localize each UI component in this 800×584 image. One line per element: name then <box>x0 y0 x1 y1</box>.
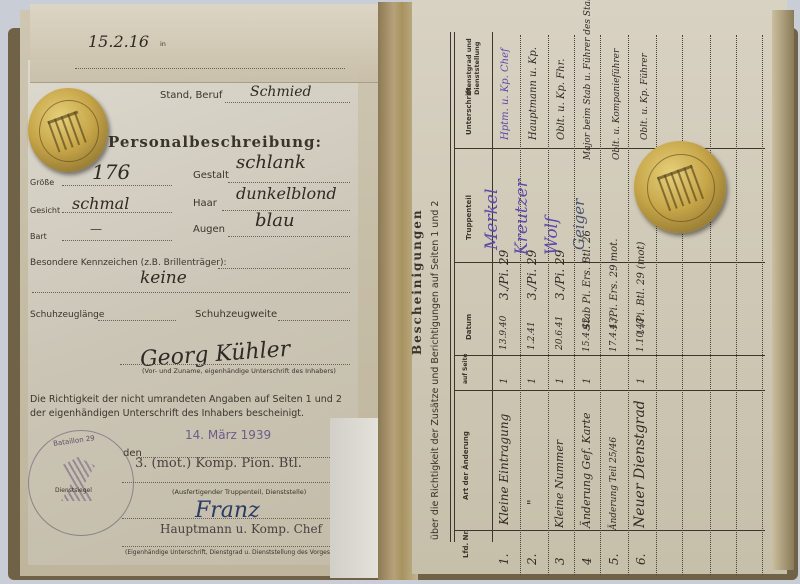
section-title-personalbeschreibung: Personalbeschreibung: <box>108 133 322 151</box>
stand-beruf-label: Stand, Beruf <box>160 90 222 101</box>
row-nr: 5. <box>607 554 621 565</box>
row-line <box>710 35 711 575</box>
row-line <box>520 35 521 575</box>
right-page-title: Bescheinigungen <box>410 208 424 355</box>
field-value-groesse: 176 <box>92 160 130 184</box>
right-page-subtitle: über die Richtigkeit der Zusätze und Ber… <box>430 201 441 540</box>
field-value-gesicht: schmal <box>72 194 129 213</box>
unit-caption: (Ausfertigender Truppenteil, Dienststell… <box>172 488 306 496</box>
special-marks-line-2 <box>32 292 350 293</box>
col-header-art: Art der Änderung <box>462 431 470 500</box>
row-dienstgrad: Hauptmann u. Kp. <box>528 47 539 140</box>
row-nr: 6. <box>634 554 648 565</box>
row-art: Kleine Eintragung <box>497 414 511 525</box>
row-line <box>574 35 575 575</box>
table-border <box>450 32 451 542</box>
row-seite: 1 <box>499 378 510 384</box>
field-line <box>62 240 172 241</box>
eagle-emblem-icon <box>61 457 95 501</box>
left-coin <box>28 88 108 172</box>
row-line <box>656 35 657 575</box>
row-art: Neuer Dienstgrad <box>632 400 648 528</box>
field-label-augen: Augen <box>193 224 225 235</box>
unit-line <box>122 482 338 483</box>
row-line <box>548 35 549 575</box>
row-seite: 1 <box>555 378 566 384</box>
field-label-bart: Bart <box>30 232 47 241</box>
shoe-width-label: Schuhzeugweite <box>195 309 277 320</box>
official-seal: Dienstsiegel Bataillon 29 <box>28 430 134 536</box>
special-marks-label: Besondere Kennzeichen (z.B. Brillenträge… <box>30 258 227 268</box>
row-unterschrift: Kreutzer <box>512 179 532 255</box>
field-line <box>62 185 172 186</box>
unit-stamp: 3. (mot.) Komp. Pion. Btl. <box>135 456 302 471</box>
date-stamp: 14. März 1939 <box>185 428 271 442</box>
shoe-length-label: Schuhzeuglänge <box>30 310 104 320</box>
row-truppenteil: 3./Pi. 29 <box>497 250 511 300</box>
officer-stamp-line <box>122 546 338 547</box>
row-nr: 4 <box>580 557 594 565</box>
holder-signature-line <box>120 364 350 365</box>
row-datum: 13.9.40 <box>499 316 509 350</box>
row-seite: 1 <box>527 378 538 384</box>
officer-signature-line <box>122 518 338 519</box>
row-art: Änderung Teil 25/46 <box>609 437 619 530</box>
column-divider <box>455 530 765 531</box>
officer-signature: Franz <box>195 498 260 523</box>
special-marks-line <box>218 268 350 269</box>
officer-caption: (Eigenhändige Unterschrift, Dienstgrad u… <box>125 549 351 556</box>
shoe-width-line <box>278 320 350 321</box>
col-header-nr: Lfd. Nr. <box>462 529 470 558</box>
row-seite: 1 <box>582 378 593 384</box>
table-border <box>454 32 455 542</box>
officer-stamp: Hauptmann u. Komp. Chef <box>160 522 322 536</box>
row-unterschrift: Geiger <box>570 199 588 250</box>
row-unterschrift: Wolf <box>542 217 562 255</box>
field-value-augen: blau <box>255 210 295 231</box>
stand-beruf-value: Schmied <box>250 84 311 100</box>
row-art: Änderung Gef. Karte <box>580 413 593 528</box>
row-nr: 1. <box>497 554 511 565</box>
row-seite: 1 <box>636 378 647 384</box>
top-handwritten-date: 15.2.16 <box>88 32 149 51</box>
field-label-gesicht: Gesicht <box>30 206 60 215</box>
table-header-divider <box>492 32 493 542</box>
column-divider <box>455 148 765 149</box>
col-header-datum: Datum <box>465 314 473 340</box>
row-truppenteil: 1./Pi. Ers. 29 mot. <box>609 239 620 330</box>
row-unterschrift: Merkel <box>482 189 502 250</box>
field-line <box>228 236 350 237</box>
seal-ring-text: Bataillon 29 <box>53 434 96 448</box>
col-header-seite: auf Seite <box>462 354 469 384</box>
row-truppenteil: 3./Pi. 29 <box>525 250 539 300</box>
row-datum: 1.2.41 <box>527 321 537 350</box>
row-truppenteil: 3./Pi. 29 <box>553 250 567 300</box>
special-marks-value: keine <box>140 268 187 288</box>
top-label-in: in <box>160 40 166 48</box>
field-line <box>62 212 172 213</box>
field-value-bart: — <box>90 222 102 236</box>
row-truppenteil: 1./Pi. Btl. 29 (mot) <box>636 242 647 335</box>
top-dotted-line <box>75 68 345 69</box>
tape-strip <box>30 4 378 83</box>
holder-signature-caption: (Vor- und Zuname, eigenhändige Unterschr… <box>142 367 336 375</box>
field-value-haar: dunkelblond <box>236 184 337 203</box>
right-coin <box>634 141 726 233</box>
field-value-gestalt: schlank <box>236 152 306 173</box>
field-line <box>228 182 350 183</box>
row-dienstgrad: Major beim Stab u. Führer des Stabs <box>583 0 593 160</box>
row-line <box>682 35 683 575</box>
col-header-truppenteil: Truppenteil <box>465 195 473 240</box>
row-line <box>736 35 737 575</box>
col-header-dienstgrad: Dienstgrad und Dienststellung <box>465 35 481 95</box>
column-divider <box>455 355 765 356</box>
seal-text: Dienstsiegel <box>55 487 92 494</box>
row-nr: 3 <box>553 557 567 565</box>
row-dienstgrad: Oblt. u. Kompanieführer <box>612 49 622 160</box>
row-dienstgrad: Oblt. u. Kp. Fhr. <box>556 59 567 140</box>
row-dienstgrad: Hptm. u. Kp. Chef <box>500 48 511 140</box>
stand-beruf-line <box>225 102 350 103</box>
row-datum: 20.6.41 <box>555 316 565 350</box>
row-art: Kleine Nummer <box>553 440 566 528</box>
field-label-gestalt: Gestalt <box>193 170 229 181</box>
row-art: " <box>525 499 539 505</box>
row-nr: 2. <box>525 554 539 565</box>
certification-line-2: der eigenhändigen Unterschrift des Inhab… <box>30 408 304 419</box>
right-page-edge <box>772 10 794 570</box>
row-line <box>600 35 601 575</box>
certification-line-1: Die Richtigkeit der nicht umrandeten Ang… <box>30 394 342 405</box>
row-dienstgrad: Oblt. u. Kp. Führer <box>640 53 650 140</box>
row-line <box>762 35 763 575</box>
row-line <box>628 35 629 575</box>
torn-page-flap <box>330 418 385 578</box>
field-label-haar: Haar <box>193 198 217 209</box>
field-label-groesse: Größe <box>30 178 54 187</box>
column-divider <box>455 390 765 391</box>
shoe-length-line <box>98 320 176 321</box>
